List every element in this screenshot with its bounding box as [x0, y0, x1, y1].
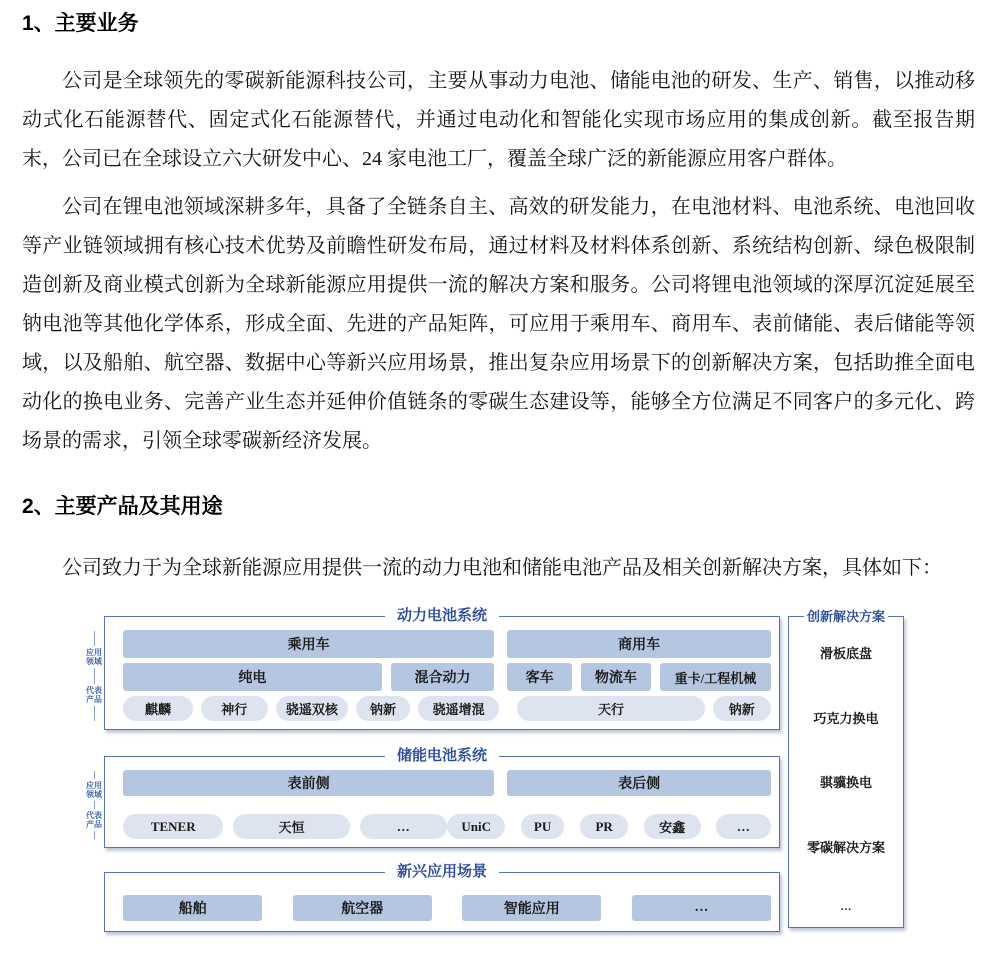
product-pill-xiaoyao-dual: 骁遥双核	[276, 696, 349, 721]
storage-battery-box-title: 储能电池系统	[385, 747, 499, 766]
section-1-paragraph-1: 公司是全球领先的零碳新能源科技公司，主要从事动力电池、储能电池的研发、生产、销售…	[22, 62, 975, 179]
product-pill-pu: PU	[521, 814, 565, 839]
emerging-applications-box: 新兴应用场景 船舶 航空器 智能应用 …	[104, 872, 780, 932]
emerging-items-row: 船舶 航空器 智能应用 …	[123, 895, 771, 921]
power-battery-box-title: 动力电池系统	[385, 607, 499, 626]
innovative-solutions-box: 创新解决方案 滑板底盘 巧克力换电 骐骥换电 零碳解决方案 …	[788, 616, 904, 928]
product-pill-anxin: 安鑫	[644, 814, 701, 839]
representative-products-label: 代表产品	[85, 811, 103, 829]
section-1-heading: 1、主要业务	[22, 10, 975, 38]
storage-products-row: TENER 天恒 … UniC PU PR 安鑫 …	[123, 814, 771, 839]
front-of-meter-bar: 表前侧	[123, 770, 494, 796]
product-pill-tianheng: 天恒	[233, 814, 350, 839]
power-application-row-1: 乘用车 商用车	[123, 630, 771, 658]
commercial-vehicle-bar: 商用车	[507, 630, 771, 658]
storage-battery-system-box: 储能电池系统 应用领域 代表产品 表前侧 表后侧 TENER 天恒 …	[104, 756, 780, 848]
logistics-vehicle-bar: 物流车	[581, 663, 651, 691]
section-2-paragraph-1: 公司致力于为全球新能源应用提供一流的动力电池和储能电池产品及相关创新解决方案，具…	[22, 549, 975, 588]
solutions-box-title: 创新解决方案	[804, 607, 888, 626]
product-pill-tener: TENER	[123, 814, 223, 839]
bus-bar: 客车	[507, 663, 572, 691]
product-pill-unic: UniC	[447, 814, 505, 839]
product-pill-shenxing: 神行	[201, 696, 268, 721]
power-application-row-2: 纯电 混合动力 客车 物流车 重卡/工程机械	[123, 663, 771, 691]
solution-choco-swap: 巧克力换电	[813, 708, 878, 727]
bev-bar: 纯电	[123, 663, 382, 691]
rail-tick	[94, 631, 95, 646]
rail-tick	[94, 771, 95, 779]
aircraft-bar: 航空器	[293, 895, 432, 921]
application-field-label: 应用领域	[85, 648, 103, 666]
power-products-row: 麒麟 神行 骁遥双核 钠新 骁遥增混 天行 钠新	[123, 696, 771, 721]
product-pill-naxin-2: 钠新	[713, 696, 771, 721]
storage-side-rail: 应用领域 代表产品	[85, 769, 103, 841]
solution-qiji-swap: 骐骥换电	[820, 772, 872, 791]
application-field-label: 应用领域	[85, 781, 103, 799]
representative-products-label: 代表产品	[85, 686, 103, 704]
smart-applications-bar: 智能应用	[462, 895, 601, 921]
solutions-list: 滑板底盘 巧克力换电 骐骥换电 零碳解决方案 …	[793, 643, 899, 913]
storage-application-row: 表前侧 表后侧	[123, 770, 771, 796]
rail-tick	[94, 668, 95, 683]
behind-the-meter-bar: 表后侧	[507, 770, 771, 796]
product-pill-pr: PR	[580, 814, 629, 839]
passenger-vehicle-bar: 乘用车	[123, 630, 494, 658]
heavy-truck-machinery-bar: 重卡/工程机械	[660, 663, 771, 691]
more-scenarios-bar: …	[632, 895, 771, 921]
power-battery-system-box: 动力电池系统 应用领域 代表产品 乘用车 商用车 纯电 混合动力	[104, 616, 780, 730]
product-pill-qilin: 麒麟	[123, 696, 193, 721]
product-pill-more-behind: …	[716, 814, 771, 839]
solution-skateboard-chassis: 滑板底盘	[820, 643, 872, 662]
power-side-rail: 应用领域 代表产品	[85, 629, 103, 723]
product-pill-xiaoyao-erev: 骁遥增混	[418, 696, 500, 721]
rail-tick	[94, 801, 95, 809]
emerging-box-title: 新兴应用场景	[385, 863, 499, 882]
report-page: 1、主要业务 公司是全球领先的零碳新能源科技公司，主要从事动力电池、储能电池的研…	[0, 0, 1001, 954]
product-pill-tianxing: 天行	[517, 696, 705, 721]
rail-tick	[94, 706, 95, 721]
solution-more: …	[841, 901, 852, 913]
product-matrix-diagram: 动力电池系统 应用领域 代表产品 乘用车 商用车 纯电 混合动力	[0, 600, 1001, 948]
section-1-paragraph-2: 公司在锂电池领域深耕多年，具备了全链条自主、高效的研发能力，在电池材料、电池系统…	[22, 188, 975, 461]
solution-zero-carbon: 零碳解决方案	[807, 837, 885, 856]
product-pill-naxin: 钠新	[356, 696, 410, 721]
section-2-heading: 2、主要产品及其用途	[22, 493, 975, 521]
rail-tick	[94, 831, 95, 839]
ships-bar: 船舶	[123, 895, 262, 921]
hybrid-bar: 混合动力	[391, 663, 495, 691]
product-pill-more-front: …	[360, 814, 447, 839]
